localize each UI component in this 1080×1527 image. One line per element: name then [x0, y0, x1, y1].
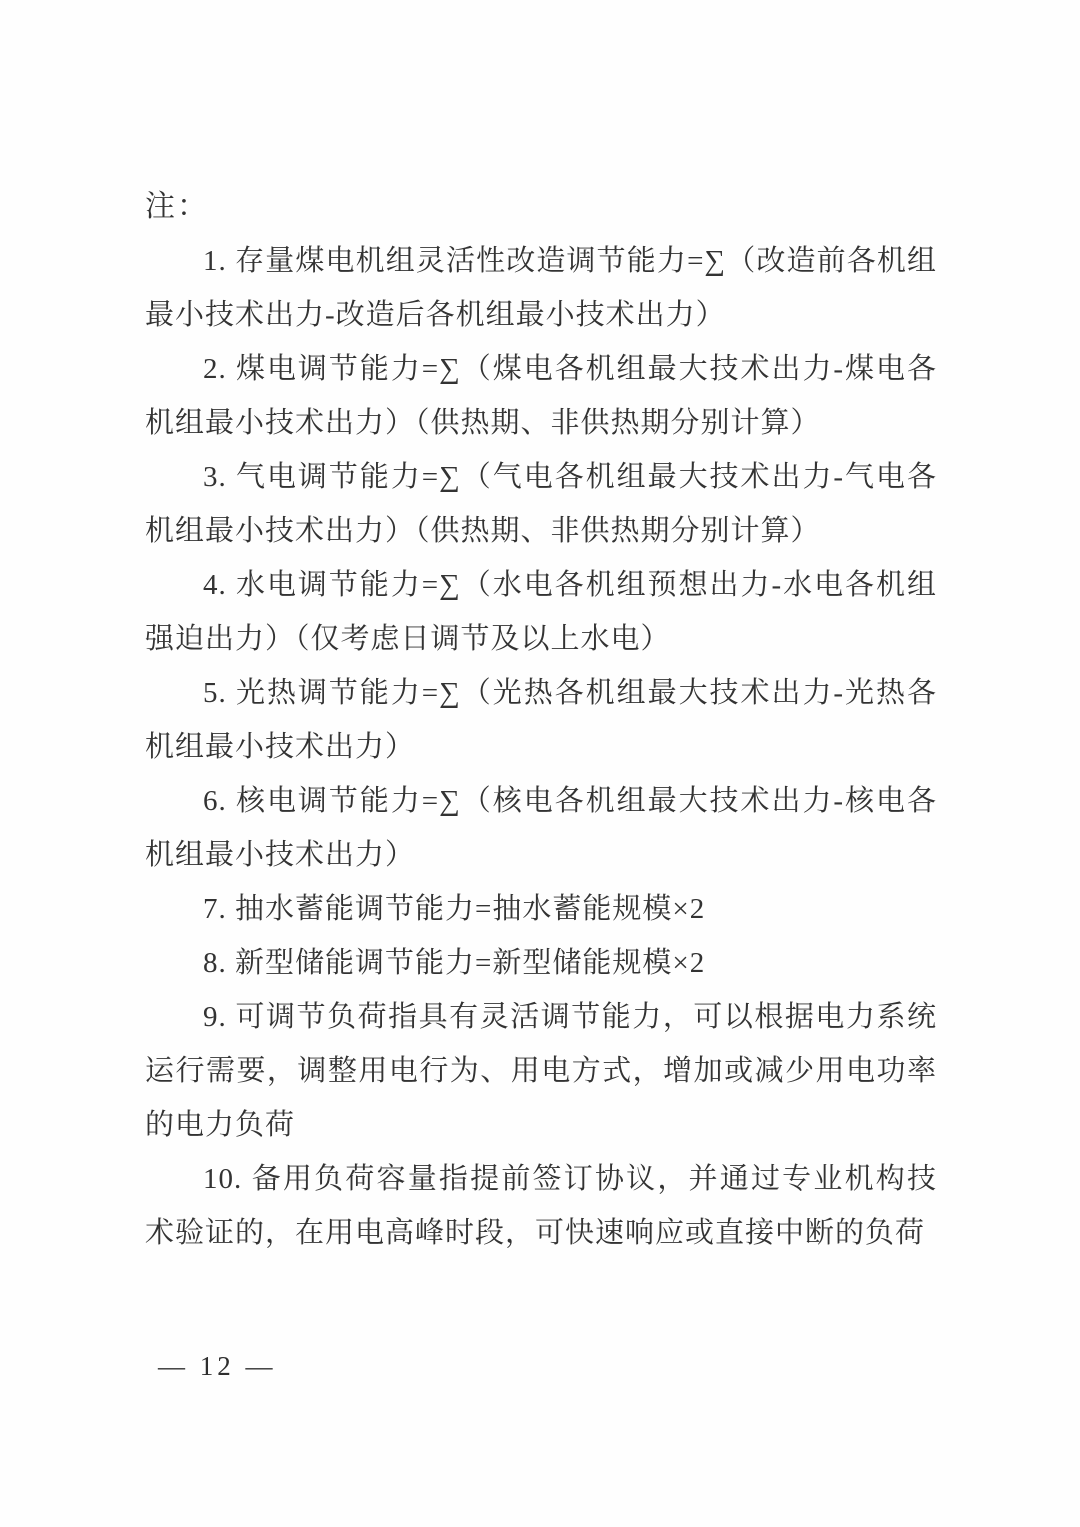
note-item-9: 9. 可调节负荷指具有灵活调节能力，可以根据电力系统运行需要，调整用电行为、用电…	[145, 990, 937, 1152]
note-item-4: 4. 水电调节能力=∑（水电各机组预想出力-水电各机组强迫出力）（仅考虑日调节及…	[145, 558, 937, 666]
document-page: 注： 1. 存量煤电机组灵活性改造调节能力=∑（改造前各机组最小技术出力-改造后…	[0, 0, 1080, 1527]
note-item-5: 5. 光热调节能力=∑（光热各机组最大技术出力-光热各机组最小技术出力）	[145, 666, 937, 774]
note-item-3: 3. 气电调节能力=∑（气电各机组最大技术出力-气电各机组最小技术出力）（供热期…	[145, 450, 937, 558]
notes-section: 注： 1. 存量煤电机组灵活性改造调节能力=∑（改造前各机组最小技术出力-改造后…	[145, 180, 937, 1260]
note-item-10: 10. 备用负荷容量指提前签订协议，并通过专业机构技术验证的，在用电高峰时段，可…	[145, 1152, 937, 1260]
note-item-7: 7. 抽水蓄能调节能力=抽水蓄能规模×2	[145, 882, 937, 936]
note-item-2: 2. 煤电调节能力=∑（煤电各机组最大技术出力-煤电各机组最小技术出力）（供热期…	[145, 342, 937, 450]
notes-heading: 注：	[145, 180, 937, 234]
note-item-1: 1. 存量煤电机组灵活性改造调节能力=∑（改造前各机组最小技术出力-改造后各机组…	[145, 234, 937, 342]
note-item-8: 8. 新型储能调节能力=新型储能规模×2	[145, 936, 937, 990]
note-item-6: 6. 核电调节能力=∑（核电各机组最大技术出力-核电各机组最小技术出力）	[145, 774, 937, 882]
page-number: — 12 —	[158, 1350, 277, 1382]
